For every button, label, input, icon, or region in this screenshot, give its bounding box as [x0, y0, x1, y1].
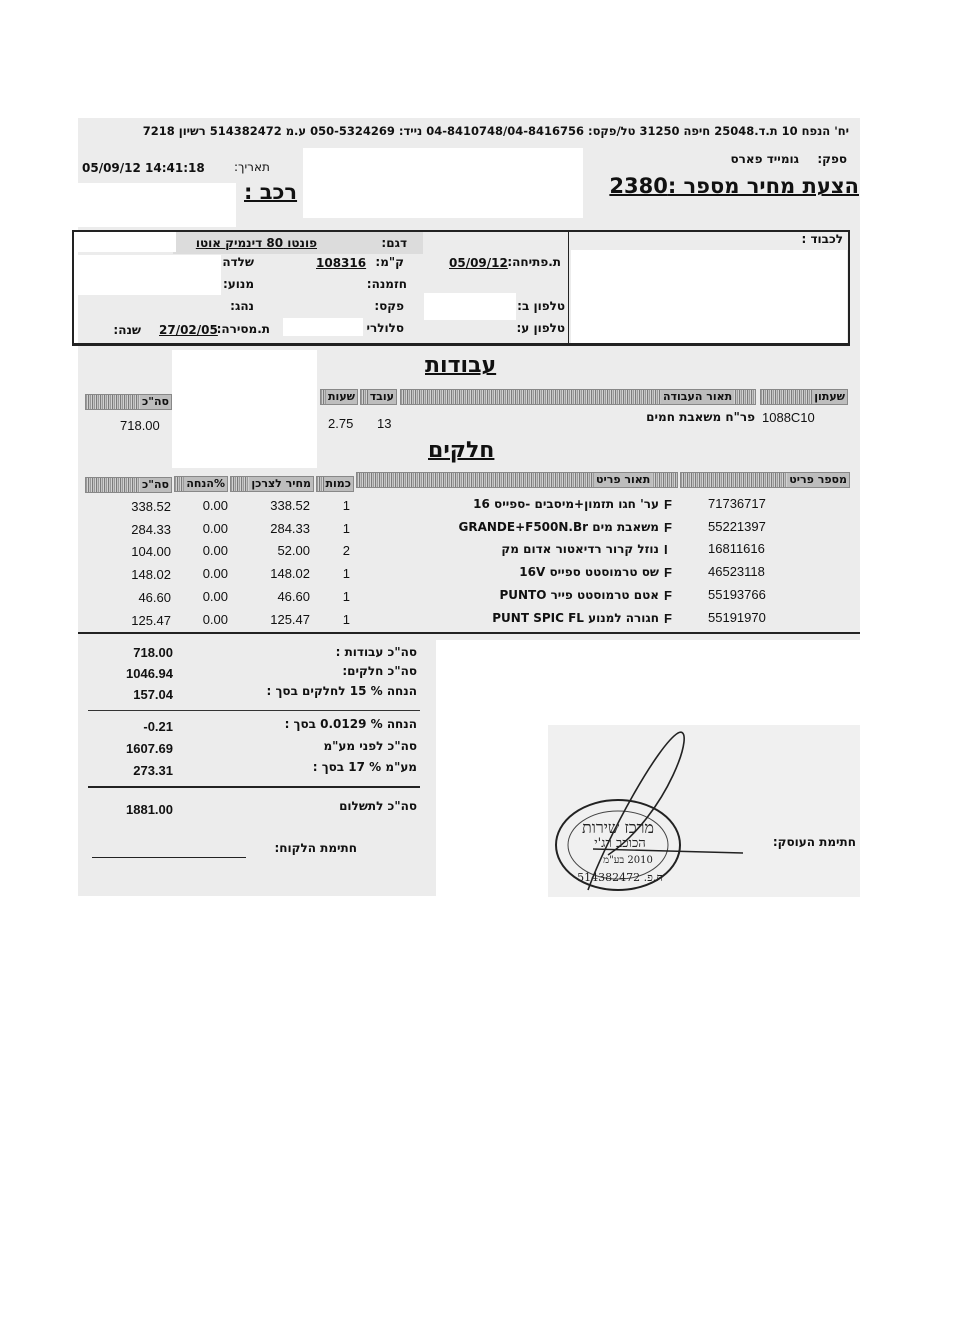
supplier-label: ספק: [817, 152, 847, 166]
parts-header-cell: מספר פריט [680, 472, 850, 488]
part-flag: F [664, 497, 672, 512]
info-box-divider [568, 232, 569, 344]
part-discount: 0.00 [203, 612, 228, 627]
total-parts-label: סה"כ חלקים: [342, 664, 417, 678]
part-discount: 0.00 [203, 498, 228, 513]
part-qty: 1 [343, 498, 350, 513]
labor-header-cell: שעתון [760, 389, 848, 405]
part-discount: 0.00 [203, 566, 228, 581]
part-total: 338.52 [131, 499, 171, 514]
parts-header-cell: כמות [316, 476, 354, 492]
parts-col-part-no: מספר פריט [787, 473, 849, 487]
total-labor-value: 718.00 [133, 645, 173, 660]
part-price: 125.47 [270, 612, 310, 627]
part-total: 148.02 [131, 567, 171, 582]
part-total: 284.33 [131, 522, 171, 537]
part-number: 55221397 [708, 519, 766, 534]
part-flag: F [664, 520, 672, 535]
customer-name-area [571, 250, 847, 343]
part-flag: I [664, 542, 668, 557]
part-flag: F [664, 588, 672, 603]
phone-work-label: טלפון ע: [516, 321, 565, 335]
business-stamp: מרכז שירות הכוכב רג'י 2010 בע"מ ח.פ. 514… [548, 725, 748, 897]
vat-label: מע"מ % 17 בסך : [313, 760, 417, 774]
redacted-box [76, 255, 221, 295]
driver-label: נהג: [230, 299, 254, 313]
totals-divider [88, 710, 420, 711]
parts-col-description: תאור פריט [594, 473, 652, 487]
fax-label: פקס: [374, 299, 404, 313]
labor-header-cell: שעות [320, 389, 358, 405]
km-value: 108316 [316, 256, 366, 270]
part-discount: 0.00 [203, 521, 228, 536]
labor-col-code: שעתון [812, 390, 847, 404]
blank-region [436, 725, 548, 897]
part-discount: 0.00 [203, 543, 228, 558]
order-label: חזמנה: [367, 277, 407, 291]
to-pay-label: סה"כ לתשלום [339, 799, 417, 813]
open-date-value: 05/09/12 [449, 256, 508, 270]
parts-discount-label: הנחה % 15 לחלקים בסך : [267, 684, 418, 698]
redacted-box [424, 293, 516, 320]
vat-value: 273.31 [133, 763, 173, 778]
totals-divider [88, 786, 420, 788]
labor-header-cell: סה"כ [85, 394, 172, 410]
part-description: אטם טרמוסטט פייר PUNTO [499, 588, 659, 602]
labor-code: 1088C10 [762, 410, 815, 425]
business-signature-label: חתימת העוסק: [773, 835, 856, 849]
parts-header-cell: מחיר לצרכן [230, 476, 314, 492]
part-price: 338.52 [270, 498, 310, 513]
part-total: 46.60 [138, 590, 171, 605]
redacted-box [76, 232, 176, 252]
part-description: ער' חגו תזמון+מיסבים -ספייס 16 [473, 497, 659, 511]
general-discount-value: -0.21 [143, 719, 173, 734]
part-description: שס טרמוסטט ספייס 16V [519, 565, 659, 579]
redacted-box [303, 148, 583, 218]
supplier-name: גומייד פארס [731, 152, 799, 166]
part-discount: 0.00 [203, 589, 228, 604]
cell-label: סלולרי [366, 321, 404, 335]
labor-header-cell: עובד [360, 389, 397, 405]
date-label: תאריך: [234, 160, 270, 174]
labor-heading: עבודות [425, 353, 496, 378]
part-number: 16811616 [708, 541, 765, 556]
part-description: חגורה למנוע PUNT SPIC FL [492, 611, 659, 625]
parts-col-total: סה"כ [140, 478, 171, 492]
part-price: 148.02 [270, 566, 310, 581]
km-label: ק"מ: [375, 255, 404, 269]
model-label: דגם: [381, 236, 407, 250]
part-number: 46523118 [708, 564, 765, 579]
year-label: שנה: [113, 323, 141, 337]
total-labor-label: סה"כ עבודות : [336, 645, 417, 659]
redacted-box [172, 350, 317, 468]
labor-hours: 2.75 [328, 416, 353, 431]
labor-col-hours: שעות [326, 390, 357, 404]
redacted-box [283, 318, 363, 336]
parts-heading: חלקים [428, 438, 494, 463]
parts-header-cell: תאור פריט [356, 472, 678, 488]
to-pay-value: 1881.00 [126, 802, 173, 817]
chassis-label: שלדה [222, 255, 254, 269]
parts-col-qty: כמות [324, 477, 353, 491]
part-number: 55191970 [708, 610, 766, 625]
model-value: פונטו 80 דינמיק אוטו [196, 236, 317, 250]
part-number: 71736717 [708, 496, 766, 511]
part-qty: 2 [343, 543, 350, 558]
part-flag: F [664, 565, 672, 580]
engine-label: מנוע: [223, 277, 254, 291]
part-flag: F [664, 611, 672, 626]
stamp-text-id: ח.פ. 514382472 [577, 871, 663, 884]
phone-home-label: טלפון ב: [517, 299, 565, 313]
blank-region [436, 640, 876, 725]
labor-description: פר"ח משאבת חמים [646, 410, 755, 424]
labor-total: 718.00 [120, 418, 160, 433]
parts-col-price: מחיר לצרכן [249, 477, 313, 491]
part-total: 125.47 [131, 613, 171, 628]
labor-worker: 13 [377, 416, 391, 431]
general-discount-label: הנחה % 0.0129 בסך : [285, 717, 417, 731]
customer-to-label: לכבוד : [801, 232, 843, 246]
part-qty: 1 [343, 589, 350, 604]
labor-col-total: סה"כ [140, 395, 171, 409]
stamp-text-year: 2010 בע"מ [603, 855, 653, 866]
part-description: נוזל קרור רדיאטור אדום מק [501, 542, 659, 556]
doc-title: הצעת מחיר מספר :2380 [609, 174, 859, 198]
part-qty: 1 [343, 521, 350, 536]
vehicle-label: רכב : [244, 180, 297, 204]
part-qty: 1 [343, 612, 350, 627]
parts-discount-value: 157.04 [133, 687, 173, 702]
part-number: 55193766 [708, 587, 766, 602]
part-total: 104.00 [131, 544, 171, 559]
total-parts-value: 1046.94 [126, 666, 173, 681]
part-price: 52.00 [277, 543, 310, 558]
part-description: משאבת מים GRANDE+F500N.Br [458, 520, 659, 534]
part-price: 46.60 [277, 589, 310, 604]
parts-bottom-rule [78, 632, 860, 634]
part-qty: 1 [343, 566, 350, 581]
customer-signature-label: חתימת הלקוח: [274, 841, 357, 855]
redacted-box [66, 183, 236, 227]
before-vat-label: סה"כ לפני מע"מ [323, 739, 417, 753]
parts-header-cell: סה"כ [85, 477, 172, 493]
date-value: 05/09/12 14:41:18 [82, 161, 205, 175]
part-price: 284.33 [270, 521, 310, 536]
stamp-text-name: הכוכב רג'י [594, 836, 646, 851]
delivery-value: 27/02/05 [159, 323, 218, 337]
parts-col-discount: %הנחה [184, 477, 227, 491]
stamp-text-top: מרכז שירות [582, 818, 654, 837]
delivery-label: ת.מסירה: [217, 322, 270, 336]
labor-col-description: תאור העבודה [661, 390, 734, 404]
labor-header-cell: תאור העבודה [400, 389, 756, 405]
before-vat-value: 1607.69 [126, 741, 173, 756]
open-date-label: ת.פתיחה: [507, 255, 561, 269]
parts-header-cell: %הנחה [174, 476, 228, 492]
company-header: יח' הנפח 10 ת.ד.25048 חיפה 31250 טל/פקס:… [143, 124, 849, 138]
labor-col-worker: עובד [368, 390, 396, 404]
customer-signature-line[interactable] [92, 857, 246, 858]
